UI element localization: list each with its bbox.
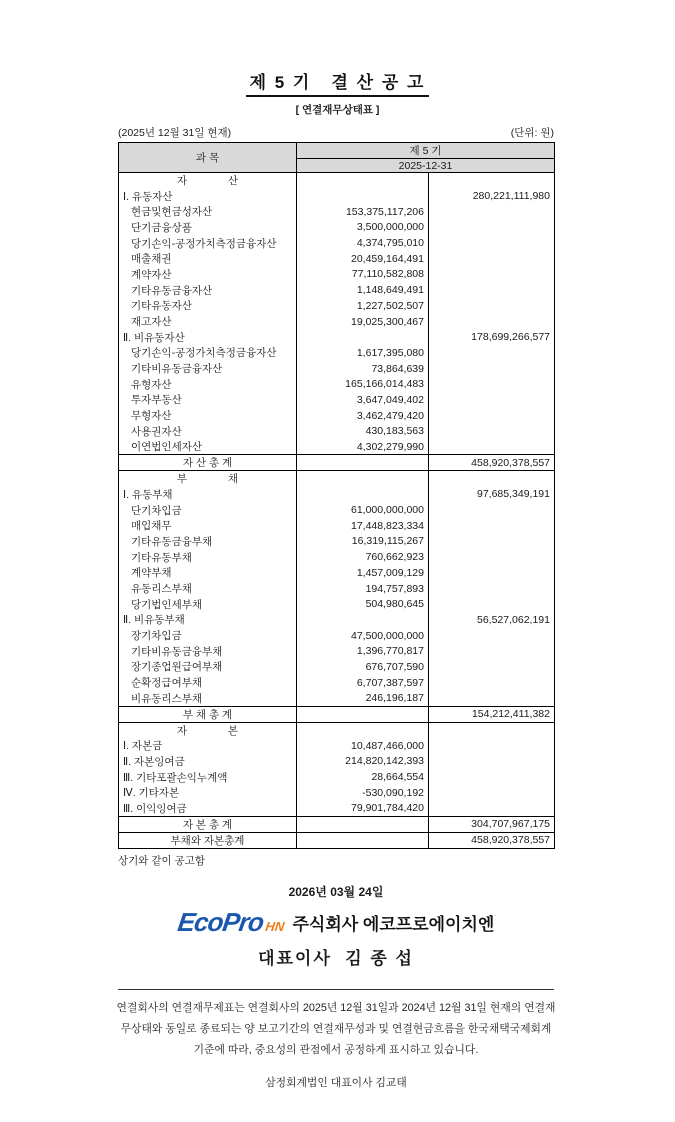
table-row-item: 당기손익-공정가치측정금융자산4,374,795,010 (119, 235, 555, 251)
total-cell (429, 675, 555, 691)
amount-cell (297, 173, 429, 189)
announcement-document: 제 5 기 결 산 공 고 [ 연결재무상태표 ] (2025년 12월 31일… (0, 0, 675, 1122)
unit-label: (단위: 원) (511, 125, 554, 140)
table-row-eq: Ⅲ. 이익잉여금79,901,784,420 (119, 801, 555, 817)
company-name: 주식회사 에코프로에이치엔 (293, 910, 495, 935)
account-label: 기타유동금융부채 (119, 534, 297, 550)
table-row-item: 매출채권20,459,164,491 (119, 251, 555, 267)
account-label: 부 채 (119, 471, 297, 487)
account-label: 자 본 (119, 722, 297, 738)
amount-cell: 3,500,000,000 (297, 220, 429, 236)
account-label: 투자부동산 (119, 392, 297, 408)
footer-divider (118, 989, 554, 990)
account-label: Ⅳ. 기타자본 (119, 785, 297, 801)
account-label: Ⅰ. 유동자산 (119, 188, 297, 204)
table-row-item: 기타유동금융자산1,148,649,491 (119, 282, 555, 298)
amount-cell: 194,757,893 (297, 581, 429, 597)
account-label: 계약자산 (119, 267, 297, 283)
table-row-item: 사용권자산430,183,563 (119, 424, 555, 440)
table-row-section: 자 본 (119, 722, 555, 738)
account-label: Ⅰ. 자본금 (119, 738, 297, 754)
amount-cell (297, 832, 429, 848)
account-label: Ⅱ. 비유동자산 (119, 329, 297, 345)
amount-cell: 760,662,923 (297, 549, 429, 565)
total-cell (429, 643, 555, 659)
table-row-item: 장기차입금47,500,000,000 (119, 628, 555, 644)
account-label: Ⅱ. 비유동부채 (119, 612, 297, 628)
account-label: 자 본 총 계 (119, 816, 297, 832)
total-cell (429, 424, 555, 440)
amount-cell: 6,707,387,597 (297, 675, 429, 691)
table-row-item: 당기손익-공정가치측정금융자산1,617,395,080 (119, 345, 555, 361)
table-row-item: 재고자산19,025,300,467 (119, 314, 555, 330)
table-row-item: 기타비유동금융자산73,864,639 (119, 361, 555, 377)
table-row-item: 유형자산165,166,014,483 (119, 376, 555, 392)
amount-cell: 430,183,563 (297, 424, 429, 440)
amount-cell: 19,025,300,467 (297, 314, 429, 330)
amount-cell: 1,617,395,080 (297, 345, 429, 361)
table-row-item: 유동리스부채194,757,893 (119, 581, 555, 597)
column-header-item: 과 목 (119, 143, 297, 173)
account-label: 기타유동자산 (119, 298, 297, 314)
amount-cell: 1,396,770,817 (297, 643, 429, 659)
amount-cell (297, 471, 429, 487)
statement-subtitle: [ 연결재무상태표 ] (0, 102, 675, 117)
amount-cell (297, 612, 429, 628)
account-label: 당기손익-공정가치측정금융자산 (119, 345, 297, 361)
total-cell: 304,707,967,175 (429, 816, 555, 832)
total-cell (429, 534, 555, 550)
table-row-item: 매입채무17,448,823,334 (119, 518, 555, 534)
account-label: 당기손익-공정가치측정금융자산 (119, 235, 297, 251)
table-row-item: 무형자산3,462,479,420 (119, 408, 555, 424)
balance-sheet-body: 자 산Ⅰ. 유동자산280,221,111,980현금및현금성자산153,375… (119, 173, 555, 849)
amount-cell: 1,457,009,129 (297, 565, 429, 581)
table-row-total: 자 산 총 계458,920,378,557 (119, 455, 555, 471)
amount-cell (297, 329, 429, 345)
table-row-item: 장기종업원급여부채676,707,590 (119, 659, 555, 675)
table-row-item: 계약부채1,457,009,129 (119, 565, 555, 581)
notice-text: 상기와 같이 공고함 (118, 853, 554, 868)
table-row-item: 기타유동자산1,227,502,507 (119, 298, 555, 314)
total-cell (429, 738, 555, 754)
logo-ecopro-text: EcoPro (176, 907, 265, 938)
total-cell (429, 220, 555, 236)
amount-cell: 16,319,115,267 (297, 534, 429, 550)
total-cell (429, 691, 555, 707)
total-cell (429, 581, 555, 597)
total-cell: 458,920,378,557 (429, 832, 555, 848)
account-label: 재고자산 (119, 314, 297, 330)
table-row-total: 부 채 총 계154,212,411,382 (119, 706, 555, 722)
account-label: 무형자산 (119, 408, 297, 424)
total-cell: 97,685,349,191 (429, 487, 555, 503)
amount-cell: 4,374,795,010 (297, 235, 429, 251)
amount-cell: 61,000,000,000 (297, 502, 429, 518)
amount-cell (297, 722, 429, 738)
account-label: 이연법인세자산 (119, 439, 297, 455)
total-cell (429, 722, 555, 738)
table-row-item: 기타비유동금융부채1,396,770,817 (119, 643, 555, 659)
total-cell (429, 518, 555, 534)
ceo-signature: 대표이사 김 종 섭 (118, 944, 554, 969)
column-header-period: 제 5 기 (297, 143, 555, 159)
table-row-item: 당기법인세부채504,980,645 (119, 596, 555, 612)
table-row-eq: Ⅰ. 자본금10,487,466,000 (119, 738, 555, 754)
total-cell (429, 565, 555, 581)
table-row-eq: Ⅳ. 기타자본-530,090,192 (119, 785, 555, 801)
table-row-item: 기타유동부채760,662,923 (119, 549, 555, 565)
total-cell (429, 408, 555, 424)
table-row-head: Ⅱ. 비유동자산178,699,266,577 (119, 329, 555, 345)
table-row-item: 순확정급여부채6,707,387,597 (119, 675, 555, 691)
amount-cell: 3,462,479,420 (297, 408, 429, 424)
amount-cell: 77,110,582,808 (297, 267, 429, 283)
amount-cell: 504,980,645 (297, 596, 429, 612)
logo-hn-text: HN (264, 919, 285, 934)
total-cell (429, 251, 555, 267)
table-row-section: 부 채 (119, 471, 555, 487)
table-row-head: Ⅰ. 유동자산280,221,111,980 (119, 188, 555, 204)
table-row-eq: Ⅲ. 기타포괄손익누계액28,664,554 (119, 769, 555, 785)
account-label: 자 산 총 계 (119, 455, 297, 471)
total-cell (429, 596, 555, 612)
table-row-total: 부채와 자본총계458,920,378,557 (119, 832, 555, 848)
account-label: 기타비유동금융자산 (119, 361, 297, 377)
amount-cell: 47,500,000,000 (297, 628, 429, 644)
ecopro-hn-logo: EcoPro HN (176, 907, 287, 938)
total-cell (429, 628, 555, 644)
amount-cell: 20,459,164,491 (297, 251, 429, 267)
amount-cell (297, 706, 429, 722)
account-label: 매입채무 (119, 518, 297, 534)
amount-cell: -530,090,192 (297, 785, 429, 801)
table-row-item: 현금및현금성자산153,375,117,206 (119, 204, 555, 220)
table-row-total: 자 본 총 계304,707,967,175 (119, 816, 555, 832)
amount-cell: 3,647,049,402 (297, 392, 429, 408)
account-label: 유동리스부채 (119, 581, 297, 597)
total-cell (429, 801, 555, 817)
balance-sheet-table: 과 목 제 5 기 2025-12-31 자 산Ⅰ. 유동자산280,221,1… (118, 142, 555, 849)
total-cell (429, 173, 555, 189)
account-label: 당기법인세부채 (119, 596, 297, 612)
amount-cell: 676,707,590 (297, 659, 429, 675)
total-cell (429, 439, 555, 455)
amount-cell (297, 487, 429, 503)
total-cell (429, 392, 555, 408)
announcement-date: 2026년 03월 24일 (118, 883, 554, 900)
account-label: 사용권자산 (119, 424, 297, 440)
total-cell (429, 282, 555, 298)
account-label: 단기차입금 (119, 502, 297, 518)
account-label: 순확정급여부채 (119, 675, 297, 691)
total-cell (429, 298, 555, 314)
table-row-head: Ⅰ. 유동부채97,685,349,191 (119, 487, 555, 503)
amount-cell: 1,148,649,491 (297, 282, 429, 298)
total-cell: 154,212,411,382 (429, 706, 555, 722)
total-cell (429, 754, 555, 770)
as-of-date: (2025년 12월 31일 현재) (118, 125, 231, 140)
amount-cell: 28,664,554 (297, 769, 429, 785)
account-label: 매출채권 (119, 251, 297, 267)
amount-cell: 246,196,187 (297, 691, 429, 707)
total-cell (429, 314, 555, 330)
total-cell: 458,920,378,557 (429, 455, 555, 471)
total-cell (429, 361, 555, 377)
account-label: 유형자산 (119, 376, 297, 392)
total-cell (429, 785, 555, 801)
amount-cell: 214,820,142,393 (297, 754, 429, 770)
account-label: Ⅰ. 유동부채 (119, 487, 297, 503)
table-row-item: 이연법인세자산4,302,279,990 (119, 439, 555, 455)
total-cell (429, 204, 555, 220)
table-row-eq: Ⅱ. 자본잉여금214,820,142,393 (119, 754, 555, 770)
account-label: 현금및현금성자산 (119, 204, 297, 220)
amount-cell: 165,166,014,483 (297, 376, 429, 392)
account-label: 기타유동금융자산 (119, 282, 297, 298)
amount-cell: 79,901,784,420 (297, 801, 429, 817)
amount-cell (297, 455, 429, 471)
amount-cell (297, 188, 429, 204)
total-cell: 56,527,062,191 (429, 612, 555, 628)
total-cell: 178,699,266,577 (429, 329, 555, 345)
page-title: 제 5 기 결 산 공 고 (246, 68, 430, 97)
total-cell (429, 267, 555, 283)
table-row-head: Ⅱ. 비유동부채56,527,062,191 (119, 612, 555, 628)
account-label: Ⅲ. 기타포괄손익누계액 (119, 769, 297, 785)
total-cell (429, 769, 555, 785)
account-label: Ⅱ. 자본잉여금 (119, 754, 297, 770)
table-row-section: 자 산 (119, 173, 555, 189)
total-cell: 280,221,111,980 (429, 188, 555, 204)
account-label: 계약부채 (119, 565, 297, 581)
total-cell (429, 471, 555, 487)
amount-cell: 17,448,823,334 (297, 518, 429, 534)
account-label: 장기차입금 (119, 628, 297, 644)
account-label: 부채와 자본총계 (119, 832, 297, 848)
amount-cell: 153,375,117,206 (297, 204, 429, 220)
column-header-date: 2025-12-31 (297, 159, 555, 173)
account-label: 자 산 (119, 173, 297, 189)
total-cell (429, 549, 555, 565)
total-cell (429, 345, 555, 361)
company-line: EcoPro HN 주식회사 에코프로에이치엔 (118, 907, 554, 938)
amount-cell: 73,864,639 (297, 361, 429, 377)
table-row-item: 투자부동산3,647,049,402 (119, 392, 555, 408)
total-cell (429, 659, 555, 675)
table-row-item: 비유동리스부채246,196,187 (119, 691, 555, 707)
amount-cell (297, 816, 429, 832)
table-row-item: 단기금융상품3,500,000,000 (119, 220, 555, 236)
total-cell (429, 376, 555, 392)
account-label: 단기금융상품 (119, 220, 297, 236)
auditor-signature: 삼정회계법인 대표이사 김교태 (118, 1075, 554, 1090)
account-label: Ⅲ. 이익잉여금 (119, 801, 297, 817)
table-header-row: 과 목 제 5 기 (119, 143, 555, 159)
account-label: 기타비유동금융부채 (119, 643, 297, 659)
amount-cell: 4,302,279,990 (297, 439, 429, 455)
total-cell (429, 235, 555, 251)
table-row-item: 기타유동금융부채16,319,115,267 (119, 534, 555, 550)
table-row-item: 계약자산77,110,582,808 (119, 267, 555, 283)
account-label: 비유동리스부채 (119, 691, 297, 707)
account-label: 장기종업원급여부채 (119, 659, 297, 675)
amount-cell: 1,227,502,507 (297, 298, 429, 314)
table-row-item: 단기차입금61,000,000,000 (119, 502, 555, 518)
account-label: 기타유동부채 (119, 549, 297, 565)
audit-note: 연결회사의 연결재무제표는 연결회사의 2025년 12월 31일과 2024년… (116, 998, 556, 1061)
total-cell (429, 502, 555, 518)
account-label: 부 채 총 계 (119, 706, 297, 722)
amount-cell: 10,487,466,000 (297, 738, 429, 754)
